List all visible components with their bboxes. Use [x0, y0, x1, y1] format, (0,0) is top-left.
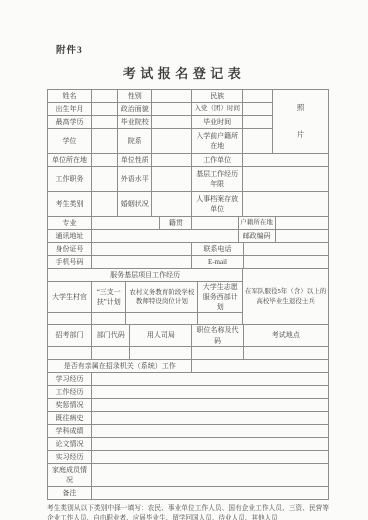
- unit-nature-value-cell: [152, 154, 192, 167]
- native-place-value-cell: [192, 217, 238, 230]
- grassroots-years-label: 基层工作经历年限: [192, 167, 243, 192]
- pre-enroll-registry-label: 入学前户籍所在地: [192, 129, 243, 154]
- name-label: 姓名: [48, 90, 92, 103]
- remarks-label: 备注: [48, 486, 92, 499]
- household-registry-value-cell: [275, 217, 328, 230]
- blank-cell: [198, 313, 243, 325]
- graduate-school-label: 毕业院校: [118, 116, 152, 129]
- mobile-number-value-cell: [92, 256, 192, 269]
- blank-cell: [92, 346, 130, 359]
- attachment-label: 附件3: [56, 42, 83, 56]
- table-row: 专业 籍贯 户籍所在地: [48, 217, 329, 230]
- section-experience: 学习经历 工作经历 奖惩情况 既往病史 学科成绩 论文情况: [47, 372, 329, 500]
- table-row: 单位所在地 单位性质 工作单位: [48, 154, 329, 167]
- position-name-code-label: 职位名称及代码: [192, 325, 243, 346]
- name-value-cell: [92, 90, 118, 103]
- foreign-language-label: 外语水平: [118, 167, 152, 192]
- department-code-label: 部门代码: [92, 325, 130, 346]
- academic-scores-value-cell: [92, 424, 329, 437]
- family-members-label: 家庭成员情况: [48, 463, 92, 486]
- medical-history-value-cell: [92, 411, 329, 424]
- family-members-value-cell: [92, 463, 329, 486]
- table-row: 招考部门 部门代码 用人司局 职位名称及代码 考试地点: [48, 325, 329, 346]
- medical-history-label: 既往病史: [48, 411, 92, 424]
- email-value-cell: [243, 256, 328, 269]
- ethnicity-value-cell: [243, 90, 273, 103]
- party-join-time-value-cell: [243, 103, 273, 116]
- table-row: 既往病史: [48, 411, 329, 424]
- birth-date-label: 出生年月: [48, 103, 92, 116]
- exam-location-label: 考试地点: [243, 325, 328, 346]
- table-row: 备注: [48, 486, 329, 499]
- section-position: 招考部门 部门代码 用人司局 职位名称及代码 考试地点: [47, 324, 329, 359]
- blank-cell: [126, 313, 198, 325]
- table-row: 通讯地址 邮政编码: [48, 230, 329, 243]
- blank-cell: [130, 346, 192, 359]
- section-major: 专业 籍贯 户籍所在地: [47, 216, 329, 230]
- candidate-type-value-cell: [92, 192, 118, 217]
- table-row: 是否有亲属在招录机关（系统）工作: [48, 359, 329, 372]
- unit-location-value-cell: [92, 154, 118, 167]
- recruit-department-label: 招考部门: [48, 325, 92, 346]
- highest-education-value-cell: [92, 116, 118, 129]
- section-basic-info: 姓名 性别 民族 照 片 出生年月 政治面貌 入党（团）时间: [47, 89, 329, 154]
- mobile-number-label: 手机号码: [48, 256, 92, 269]
- native-place-label: 籍贯: [160, 217, 192, 230]
- table-row: 身份证号 联系电话: [48, 243, 329, 256]
- photo-box: 照 片: [273, 90, 329, 154]
- household-registry-label: 户籍所在地: [238, 217, 275, 230]
- service-section-title: 服务基层项目工作经历: [48, 269, 243, 282]
- internship-experience-label: 实习经历: [48, 450, 92, 463]
- photo-char-top: 照: [297, 103, 305, 114]
- political-status-label: 政治面貌: [118, 103, 152, 116]
- work-experience-label: 工作经历: [48, 385, 92, 398]
- pre-enroll-registry-value-cell: [243, 129, 273, 154]
- ethnicity-label: 民族: [192, 90, 243, 103]
- study-experience-label: 学习经历: [48, 372, 92, 385]
- department-value-cell: [152, 129, 192, 154]
- blank-cell: [192, 346, 243, 359]
- contact-phone-label: 联系电话: [192, 243, 243, 256]
- internship-experience-value-cell: [92, 450, 329, 463]
- table-row: 学科成绩: [48, 424, 329, 437]
- graduate-school-value-cell: [152, 116, 192, 129]
- table-row: 论文情况: [48, 437, 329, 450]
- major-label: 专业: [48, 217, 92, 230]
- section-contact: 身份证号 联系电话 手机号码 E-mail: [47, 242, 329, 269]
- work-experience-value-cell: [92, 385, 329, 398]
- table-row: 家庭成员情况: [48, 463, 329, 486]
- job-title-label: 工作职务: [48, 167, 92, 192]
- registration-form-table: 姓名 性别 民族 照 片 出生年月 政治面貌 入党（团）时间: [47, 89, 329, 520]
- section-work-info: 单位所在地 单位性质 工作单位 工作职务 外语水平 基层工作经历年限 考生类别 …: [47, 153, 329, 217]
- table-row: 工作职务 外语水平 基层工作经历年限: [48, 167, 329, 192]
- marital-status-label: 婚姻状况: [118, 192, 152, 217]
- photo-placeholder: 照 片: [274, 97, 327, 147]
- email-label: E-mail: [192, 256, 243, 269]
- unit-nature-label: 单位性质: [118, 154, 152, 167]
- personnel-archive-label: 人事档案存放单位: [192, 192, 243, 217]
- work-unit-value-cell: [243, 154, 329, 167]
- table-row: 服务基层项目工作经历 在军队服役5年（含）以上的高校毕业生退役士兵: [48, 269, 329, 282]
- village-official-label: 大学生村官: [48, 282, 92, 313]
- photo-char-bottom: 片: [297, 130, 305, 141]
- candidate-type-label: 考生类别: [48, 192, 92, 217]
- contact-phone-value-cell: [243, 243, 328, 256]
- degree-value-cell: [92, 129, 118, 154]
- marital-status-value-cell: [152, 192, 192, 217]
- rural-teacher-plan-label: 农村义务教育阶段学校教师特设岗位计划: [126, 282, 198, 313]
- study-experience-value-cell: [92, 372, 329, 385]
- birth-date-value-cell: [92, 103, 118, 116]
- employing-bureau-label: 用人司局: [130, 325, 192, 346]
- mailing-address-value-cell: [92, 230, 238, 243]
- rewards-punishments-value-cell: [92, 398, 329, 411]
- degree-label: 学位: [48, 129, 92, 154]
- page-title: 考试报名登记表: [0, 63, 368, 82]
- major-value-cell: [92, 217, 160, 230]
- west-volunteer-plan-label: 大学生志愿服务西部计划: [198, 282, 243, 313]
- party-join-time-label: 入党（团）时间: [192, 103, 243, 116]
- section-address: 通讯地址 邮政编码: [47, 229, 329, 243]
- graduate-time-value-cell: [243, 116, 273, 129]
- job-title-value-cell: [92, 167, 118, 192]
- form-page: 附件3 考试报名登记表 姓名 性别 民族 照 片: [0, 0, 368, 520]
- mailing-address-label: 通讯地址: [48, 230, 92, 243]
- thesis-status-value-cell: [92, 437, 329, 450]
- blank-cell: [48, 313, 92, 325]
- relatives-question-label: 是否有亲属在招录机关（系统）工作: [48, 359, 192, 372]
- blank-cell: [48, 346, 92, 359]
- section-relatives: 是否有亲属在招录机关（系统）工作: [47, 359, 329, 373]
- political-status-value-cell: [152, 103, 192, 116]
- blank-cell: [243, 346, 328, 359]
- personnel-archive-value-cell: [243, 192, 329, 217]
- remarks-value-cell: [92, 486, 329, 499]
- table-row: 姓名 性别 民族 照 片: [48, 90, 329, 103]
- id-number-value-cell: [92, 243, 192, 256]
- table-row: 奖惩情况: [48, 398, 329, 411]
- section-service-programs: 服务基层项目工作经历 在军队服役5年（含）以上的高校毕业生退役士兵 大学生村官 …: [47, 268, 329, 325]
- thesis-status-label: 论文情况: [48, 437, 92, 450]
- blank-cell: [92, 313, 126, 325]
- candidate-type-footnote: 考生类别从以下类别中择一填写：农民、事业单位工作人员、国有企业工作人员、三资、民…: [47, 504, 329, 520]
- table-row: [48, 346, 329, 359]
- grassroots-years-value-cell: [243, 167, 329, 192]
- table-row: 手机号码 E-mail: [48, 256, 329, 269]
- work-unit-label: 工作单位: [192, 154, 243, 167]
- graduate-time-label: 毕业时间: [192, 116, 243, 129]
- id-number-label: 身份证号: [48, 243, 92, 256]
- unit-location-label: 单位所在地: [48, 154, 92, 167]
- highest-education-label: 最高学历: [48, 116, 92, 129]
- veteran-note-cell: 在军队服役5年（含）以上的高校毕业生退役士兵: [243, 269, 329, 325]
- table-row: 考生类别 婚姻状况 人事档案存放单位: [48, 192, 329, 217]
- relatives-answer-cell: [192, 359, 329, 372]
- academic-scores-label: 学科成绩: [48, 424, 92, 437]
- foreign-language-value-cell: [152, 167, 192, 192]
- postal-code-label: 邮政编码: [238, 230, 275, 243]
- rewards-punishments-label: 奖惩情况: [48, 398, 92, 411]
- table-row: 工作经历: [48, 385, 329, 398]
- three-supports-plan-label: “三支一扶”计划: [92, 282, 126, 313]
- gender-value-cell: [152, 90, 192, 103]
- department-label: 院系: [118, 129, 152, 154]
- table-row: 学习经历: [48, 372, 329, 385]
- table-row: 实习经历: [48, 450, 329, 463]
- postal-code-value-cell: [275, 230, 328, 243]
- gender-label: 性别: [118, 90, 152, 103]
